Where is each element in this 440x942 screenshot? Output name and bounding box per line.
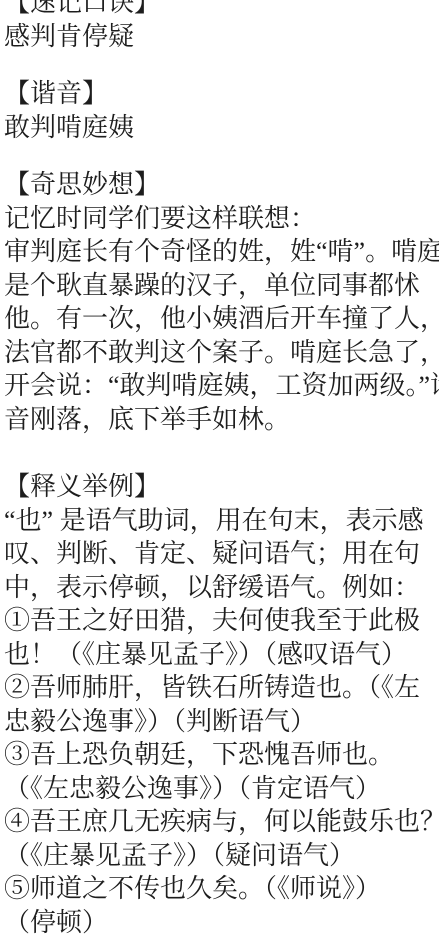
text-line: ①吾王之好田猎，夫何使我至于此极 [4,604,439,638]
text-line: 记忆时同学们要这样联想： [4,202,439,236]
text-line: 也！（《庄暴见孟子》）（感叹语气） [4,638,439,672]
section-heading: 【速记口诀】 [4,0,439,20]
text-line: 审判庭长有个奇怪的姓，姓“啃”。啃庭长 [4,235,439,269]
text-line: 开会说：“敢判啃庭姨，工资加两级。”话 [4,369,439,403]
section-heading: 【释义举例】 [4,470,439,504]
text-line: 敢判啃庭姨 [4,111,439,145]
text-line: 忠毅公逸事》）（判断语气） [4,705,439,739]
text-line: 是个耿直暴躁的汉子，单位同事都怵 [4,269,439,303]
document-page: 【速记口诀】 感判肯停疑 【谐音】 敢判啃庭姨 【奇思妙想】 记忆时同学们要这样… [0,0,440,939]
section-speed-mnemonic: 【速记口诀】 感判肯停疑 [4,0,439,53]
section-heading: 【奇思妙想】 [4,168,439,202]
text-line: ④吾王庶几无疾病与，何以能鼓乐也？ [4,805,439,839]
section-definition-examples: 【释义举例】 “也” 是语气助词，用在句末，表示感 叹、判断、肯定、疑问语气；用… [4,470,439,939]
text-line: ⑤师道之不传也久矣。（《师说》） [4,872,439,906]
section-imagination: 【奇思妙想】 记忆时同学们要这样联想： 审判庭长有个奇怪的姓，姓“啃”。啃庭长 … [4,168,439,436]
section-homophone: 【谐音】 敢判啃庭姨 [4,77,439,144]
text-line: 中，表示停顿，以舒缓语气。例如： [4,571,439,605]
text-line: 叹、判断、肯定、疑问语气；用在句 [4,537,439,571]
text-line: 他。有一次，他小姨酒后开车撞了人， [4,302,439,336]
text-line: （《庄暴见孟子》）（疑问语气） [4,839,439,873]
text-line: （停顿） [4,906,439,940]
text-line: 感判肯停疑 [4,20,439,54]
text-line: “也” 是语气助词，用在句末，表示感 [4,504,439,538]
text-line: 法官都不敢判这个案子。啃庭长急了， [4,336,439,370]
text-line: 音刚落，底下举手如林。 [4,403,439,437]
text-line: （《左忠毅公逸事》）（肯定语气） [4,772,439,806]
text-line: ②吾师肺肝，皆铁石所铸造也。（《左 [4,671,439,705]
text-line: ③吾上恐负朝廷，下恐愧吾师也。 [4,738,439,772]
section-heading: 【谐音】 [4,77,439,111]
